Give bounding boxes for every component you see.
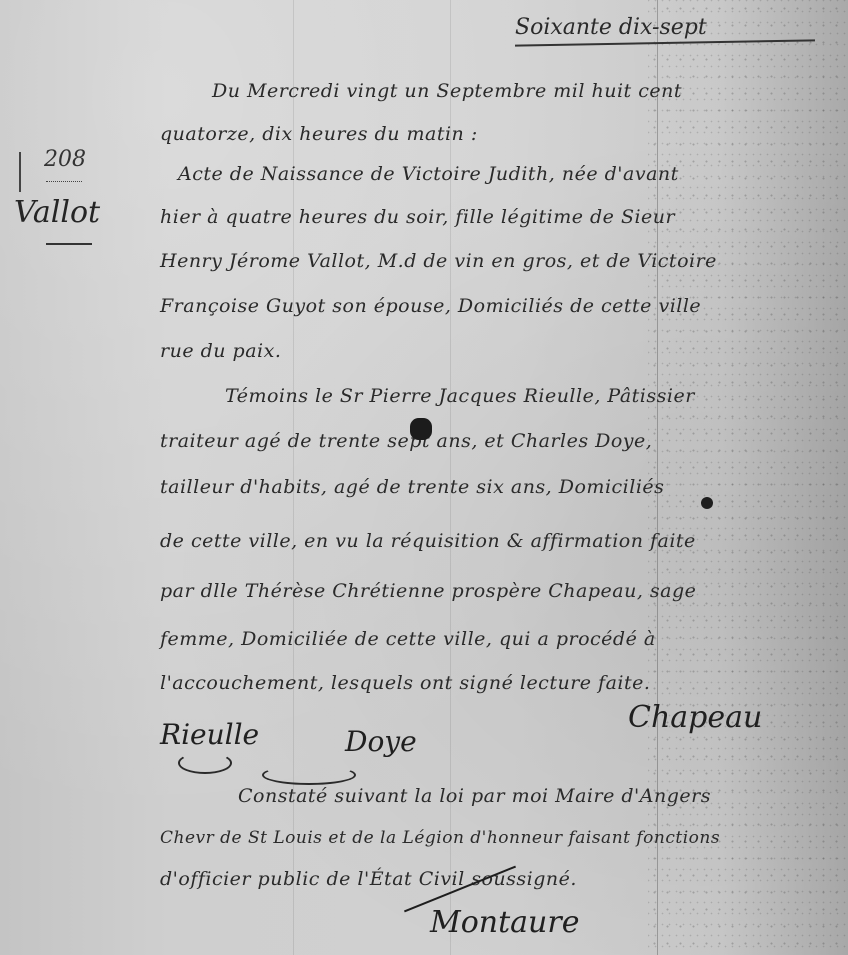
attestation-line: Chevr de St Louis et de la Légion d'honn… xyxy=(160,828,720,848)
paper-speckle xyxy=(648,0,848,955)
paraph-flourish xyxy=(262,765,356,785)
ink-blot xyxy=(701,497,713,509)
margin-bracket xyxy=(19,152,21,192)
body-line: hier à quatre heures du soir, fille légi… xyxy=(160,206,675,228)
signature-rieulle: Rieulle xyxy=(160,718,259,751)
body-line: Du Mercredi vingt un Septembre mil huit … xyxy=(212,80,682,102)
attestation-line: d'officier public de l'État Civil soussi… xyxy=(160,868,577,890)
margin-surname-underline xyxy=(46,243,92,245)
body-line: Henry Jérome Vallot, M.d de vin en gros,… xyxy=(160,250,717,272)
ink-blot xyxy=(410,418,432,440)
signature-chapeau: Chapeau xyxy=(628,700,762,735)
attestation-line: Constaté suivant la loi par moi Maire d'… xyxy=(238,785,711,807)
body-line: rue du paix. xyxy=(160,340,281,362)
body-line: de cette ville, en vu la réquisition & a… xyxy=(160,530,696,552)
body-line: l'accouchement, lesquels ont signé lectu… xyxy=(160,672,650,694)
entry-number-underline xyxy=(46,181,82,183)
signature-doye: Doye xyxy=(345,725,417,758)
body-line: femme, Domiciliée de cette ville, qui a … xyxy=(160,628,656,650)
body-line: quatorze, dix heures du matin : xyxy=(160,123,478,145)
folio-heading: Soixante dix-sept xyxy=(515,15,707,40)
body-line: par dlle Thérèse Chrétienne prospère Cha… xyxy=(160,580,696,602)
body-line: Témoins le Sr Pierre Jacques Rieulle, Pâ… xyxy=(225,385,695,407)
entry-number: 208 xyxy=(44,147,86,172)
margin-surname: Vallot xyxy=(14,195,100,230)
signature-mayor: Montaure xyxy=(430,905,579,940)
body-line: traiteur agé de trente sept ans, et Char… xyxy=(160,430,652,452)
registry-page: Soixante dix-sept 208 Vallot Du Mercredi… xyxy=(0,0,848,955)
body-line: Françoise Guyot son épouse, Domiciliés d… xyxy=(160,295,701,317)
body-line: tailleur d'habits, agé de trente six ans… xyxy=(160,476,664,498)
paraph-flourish xyxy=(178,752,232,774)
body-line: Acte de Naissance de Victoire Judith, né… xyxy=(178,163,679,185)
